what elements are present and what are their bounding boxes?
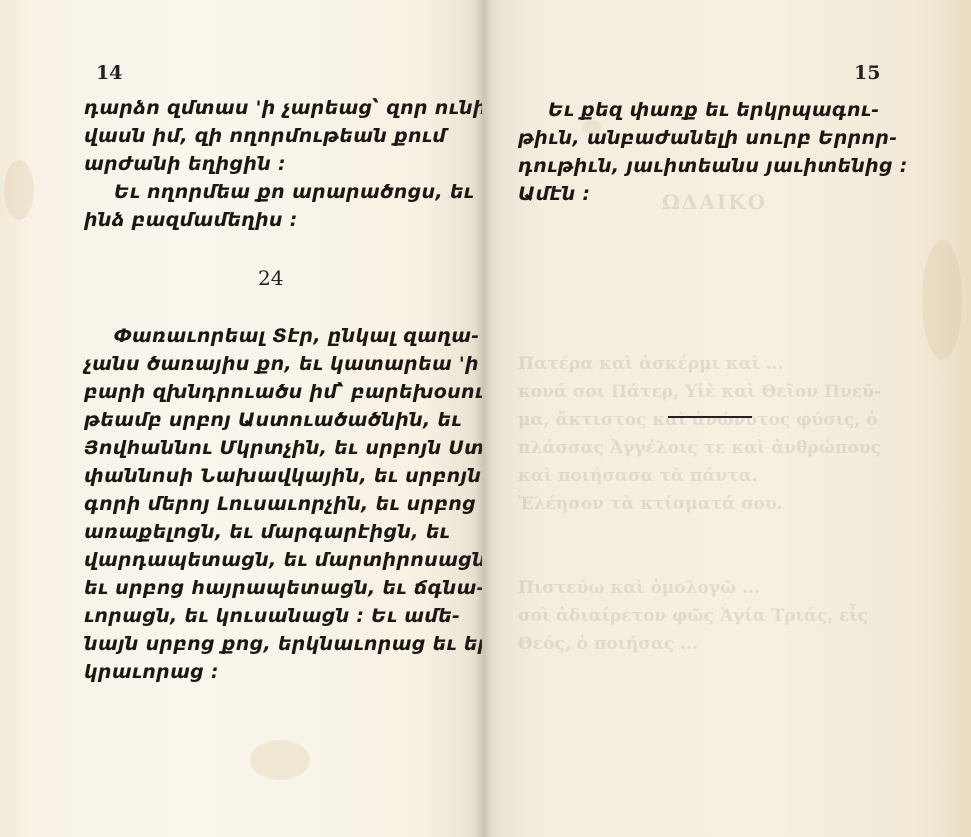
section-number: 24 — [258, 266, 283, 290]
text-line: եւ սրբոց հայրապետացն, եւ ճգնա- — [84, 574, 464, 602]
text-line: Եւ ողորմեա քո արարածոցս, եւ — [84, 178, 464, 206]
bleed-line: σοὶ ἀδιαίρετον φῶς Ἁγία Τριάς, εἷς — [518, 602, 881, 630]
left-page: 14 դարձո զմտաս 'ի չարեաց՝ զոր ունին վասն… — [0, 0, 482, 837]
text-line: թեամբ սրբոյ Աստուածածնին, եւ — [84, 406, 464, 434]
paper-stain — [250, 740, 310, 780]
bleed-line: Πιστεύω καὶ ὁμολογῶ ... — [518, 574, 881, 602]
bleed-line: κονά σοι Πάτερ, Υἱὲ καὶ Θεῖον Πνεῦ- — [518, 378, 881, 406]
text-line: ինձ բազմամեղիս ։ — [84, 206, 464, 234]
text-line: Յովհաննու Մկրտչին, եւ սրբոյն Ստե- — [84, 434, 464, 462]
page-number: 15 — [854, 62, 880, 84]
text-line: բարի զխնդրուածս իմ՝ բարեխօսու- — [84, 378, 464, 406]
text-line: Փառաւորեալ Տէր, ընկալ զաղա- — [84, 322, 464, 350]
show-through-text: Πατέρα καὶ ἀσκέρμι καὶ ... κονά σοι Πάτε… — [518, 350, 881, 658]
text-line: ւորացն, եւ կուսանացն ։ Եւ ամե- — [84, 602, 464, 630]
bleed-line: μα, ἄκτιστος καὶ ἀνώνυτος φύσις, ὁ — [518, 406, 881, 434]
text-line: վասն իմ, զի ողորմութեան քում — [84, 122, 464, 150]
bleed-line: καὶ ποιήσασα τὰ πάντα. — [518, 462, 881, 490]
book-spread: 14 դարձո զմտաս 'ի չարեաց՝ զոր ունին վասն… — [0, 0, 971, 837]
text-line: դութիւն, յաւիտեանս յաւիտենից ։ — [518, 152, 898, 180]
end-rule-divider — [668, 416, 752, 418]
text-line: նայն սրբոց քոց, երկնաւորաց եւ եր- — [84, 630, 464, 658]
text-line: դարձո զմտաս 'ի չարեաց՝ զոր ունին — [84, 94, 464, 122]
text-line: գորի մերոյ Լուսաւորչին, եւ սրբոց — [84, 490, 464, 518]
text-line: վարդապետացն, եւ մարտիրոսացն, — [84, 546, 464, 574]
book-gutter — [474, 0, 492, 837]
text-line: Ամէն ։ — [518, 180, 898, 208]
bleed-line: Ἐλέησον τὰ κτίσματά σου. — [518, 490, 881, 518]
bleed-line: Πατέρα καὶ ἀσκέρμι καὶ ... — [518, 350, 881, 378]
paragraph-1: դարձո զմտաս 'ի չարեաց՝ զոր ունին վասն իմ… — [84, 94, 464, 234]
text-line: առաքելոցն, եւ մարգարէիցն, եւ — [84, 518, 464, 546]
text-line: փաննոսի Նախավկային, եւ սրբոյն Գրի- — [84, 462, 464, 490]
paper-stain — [922, 240, 962, 360]
bleed-line: πλάσσας Ἀγγέλοις τε καὶ ἀνθρώπους — [518, 434, 881, 462]
text-line: Եւ քեզ փառք եւ երկրպագու- — [518, 96, 898, 124]
text-line: չանս ծառայիս քո, եւ կատարեա 'ի — [84, 350, 464, 378]
paragraph-3: Եւ քեզ փառք եւ երկրպագու- թիւն, անբաժանե… — [518, 96, 898, 208]
right-page: ΩΔΑΙΚΟ Πατέρα καὶ ἀσκέρμι καὶ ... κονά σ… — [482, 0, 971, 837]
text-line: կրաւորաց ։ — [84, 658, 464, 686]
text-line: արժանի եղիցին ։ — [84, 150, 464, 178]
page-number: 14 — [96, 62, 122, 84]
text-line: թիւն, անբաժանելի սուրբ Երրոր- — [518, 124, 898, 152]
paper-stain — [4, 160, 34, 220]
paragraph-2: Փառաւորեալ Տէր, ընկալ զաղա- չանս ծառայիս… — [84, 322, 464, 686]
bleed-line: Θεός, ὁ ποιήσας ... — [518, 630, 881, 658]
